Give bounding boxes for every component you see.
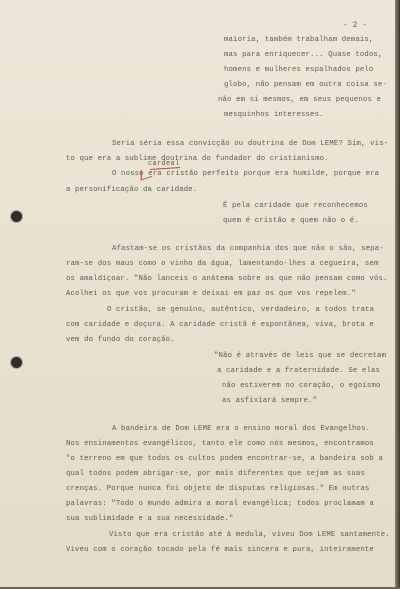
text-line: globo, não pensam em outra coisa se- xyxy=(224,81,387,89)
text-line: A bandeira de Dom LEME era o ensino mora… xyxy=(112,425,370,433)
text-line: ram-se dos maus como o vinho da água, la… xyxy=(66,260,379,268)
text-line: os amaldiçoar. "Não lanceis o anátema so… xyxy=(66,275,388,283)
text-line: Visto que era cristão até à medula, vive… xyxy=(109,531,390,539)
page-edge xyxy=(395,0,400,589)
page-number: - 2 - xyxy=(343,21,367,30)
text-line: mesquinhos interesses. xyxy=(224,111,324,119)
text-line: a personificação da caridade. xyxy=(66,186,197,194)
text-line: to que era a sublime doutrina do fundado… xyxy=(66,155,329,163)
text-line: a caridade e a fraternidade. Se elas xyxy=(217,367,380,375)
text-line: homens e mulheres espalhados pelo xyxy=(224,66,373,74)
text-line: maioria, também trabalham demais, xyxy=(224,36,373,44)
punch-hole-icon xyxy=(11,357,22,368)
text-line: crenças. Porque nunca foi objeto de disp… xyxy=(66,485,369,493)
text-line: "Não é através de leis que se decretam xyxy=(214,352,386,360)
text-line: Seria séria essa convicção ou doutrina d… xyxy=(112,140,388,148)
text-line: as asfixiará sempre." xyxy=(222,397,317,405)
text-line: Acolhei os que vos procuram e deixai em … xyxy=(66,290,356,298)
text-line: não em si mesmos, em seus pequenos e xyxy=(218,96,381,104)
text-line: não estiverem no coração, o egoísmo xyxy=(222,382,381,390)
text-line: Afastam-se os cristãos da companhia dos … xyxy=(112,245,384,253)
text-line: O cristão, se genuíno, autêntico, verdad… xyxy=(107,306,374,314)
text-line: Nos ensinamentos evangélicos, tanto ele … xyxy=(66,440,374,448)
text-line: palavras: "Todo o mundo admira a moral e… xyxy=(66,500,374,508)
text-line: sua sublimidade e a sua necessidade." xyxy=(66,515,234,523)
handwritten-annotation: cardeal xyxy=(148,160,180,168)
text-line: vem do fundo do coração. xyxy=(66,336,175,344)
punch-hole-icon xyxy=(11,211,22,222)
text-line: qual todos podem abrigar-se, por mais di… xyxy=(66,470,365,478)
text-line: Viveu com o coração tocado pela fé mais … xyxy=(66,546,374,554)
text-line: quem é cristão e quem não o é. xyxy=(223,217,359,225)
text-line: mas para enriquecer... Quase todos, xyxy=(224,51,383,59)
text-line: com caridade e doçura. A caridade cristã… xyxy=(66,321,374,329)
text-line: "o terreno em que todos os cultos podem … xyxy=(66,455,383,463)
document-page: - 2 - maioria, também trabalham demais,m… xyxy=(0,0,397,587)
text-line: É pela caridade que reconhecemos xyxy=(223,202,368,210)
